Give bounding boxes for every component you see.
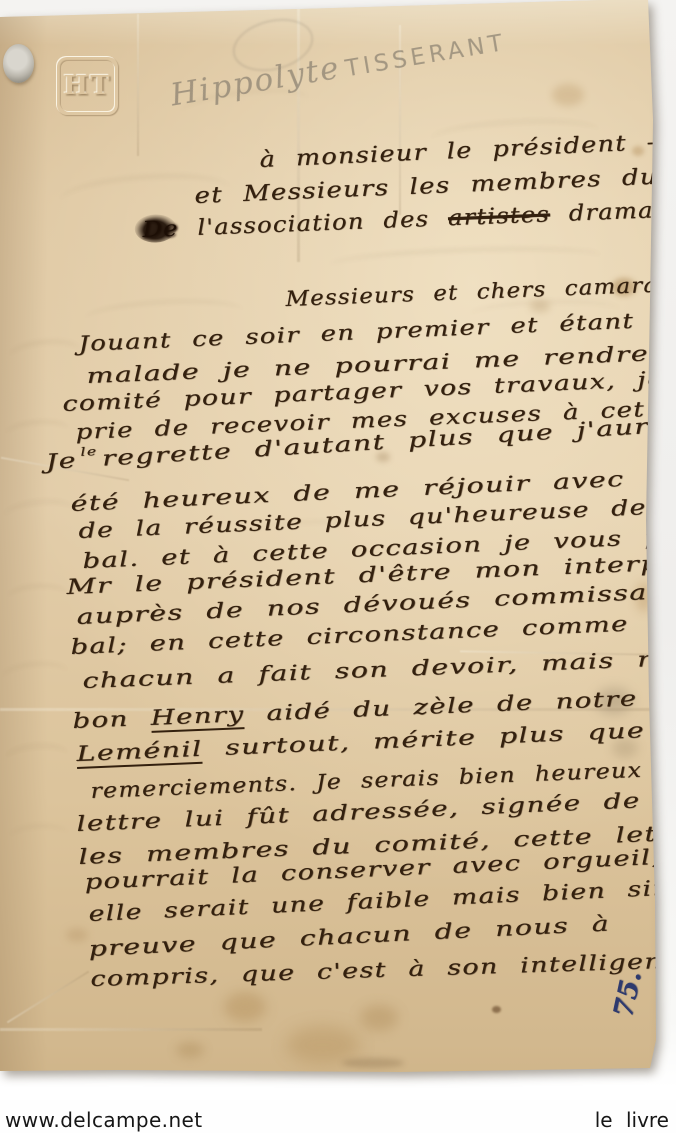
bleedthrough-mark-6 — [3, 496, 75, 529]
stain-6 — [176, 1042, 204, 1058]
stain-15 — [530, 300, 550, 312]
bleedthrough-mark-9 — [5, 742, 69, 770]
watermark-le-livre: le livre — [595, 1108, 669, 1132]
scanned-letter-photo: HT Hippolyte TISSERANT à monsieur le pré… — [0, 0, 676, 1133]
pencil-annotation: Hippolyte TISSERANT — [168, 22, 509, 113]
crease-3 — [137, 14, 139, 156]
bleedthrough-mark-4 — [9, 337, 81, 369]
stain-4 — [286, 1026, 360, 1064]
bleedthrough-mark-3 — [330, 243, 601, 276]
bleedthrough-mark-10 — [9, 822, 68, 847]
stain-5 — [360, 1005, 398, 1031]
bleedthrough-mark-7 — [7, 582, 68, 609]
salutation-line-1: Messieurs et chers camarades — [285, 271, 676, 311]
pencil-last-name: TISSERANT — [344, 30, 509, 82]
paper-shadow-wrap: HT Hippolyte TISSERANT à monsieur le pré… — [0, 0, 676, 1133]
bleedthrough-mark-8 — [1, 659, 69, 691]
embossed-stamp: HT — [57, 57, 118, 115]
stain-13 — [342, 1058, 404, 1068]
crease-5 — [0, 1028, 262, 1031]
stain-9 — [66, 928, 88, 942]
stain-2 — [552, 84, 584, 106]
letter-paper: HT Hippolyte TISSERANT à monsieur le pré… — [0, 0, 676, 1133]
hole-sticker — [3, 44, 34, 83]
stain-3 — [224, 992, 266, 1022]
watermark-delcampe: www.delcampe.net — [5, 1108, 202, 1132]
bleedthrough-mark-5 — [5, 418, 71, 446]
collector-number: 75. — [608, 968, 648, 1020]
crease-7 — [7, 971, 89, 1024]
stain-10 — [492, 1006, 501, 1013]
embossed-monogram-text: HT — [57, 57, 118, 115]
